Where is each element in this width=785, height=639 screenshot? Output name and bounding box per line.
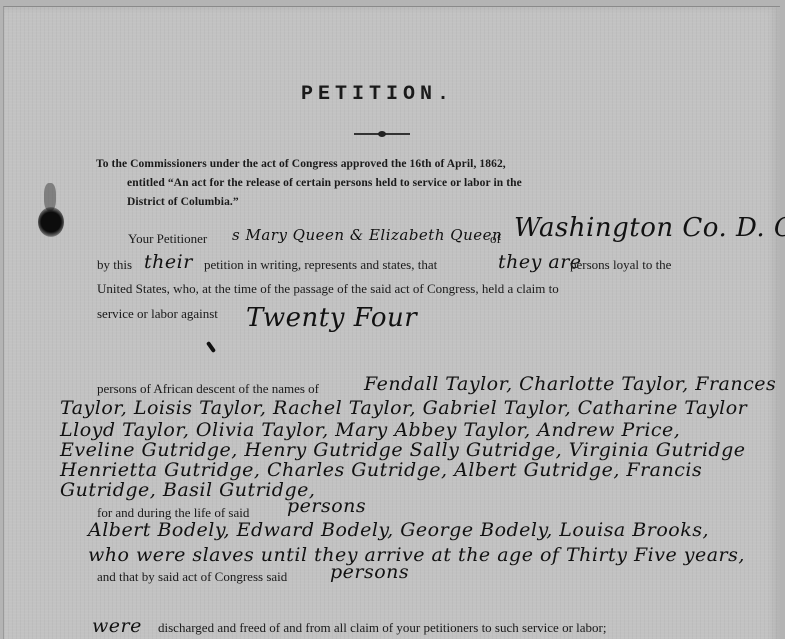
names-line-5: Henrietta Gutridge, Charles Gutridge, Al… — [60, 459, 702, 481]
title-ornament — [354, 133, 410, 135]
persons-handwritten-2: persons — [330, 561, 409, 583]
names-line-6: Gutridge, Basil Gutridge, — [60, 479, 315, 501]
petition-page: PETITION. To the Commissioners under the… — [3, 6, 780, 639]
service-against-text: service or labor against — [97, 306, 218, 322]
names-line-3: Lloyd Taylor, Olivia Taylor, Mary Abbey … — [60, 419, 680, 441]
term-note-line: who were slaves until they arrive at the… — [88, 544, 745, 566]
loyal-text: persons loyal to the — [570, 257, 671, 273]
address-line-3: District of Columbia.” — [127, 196, 239, 208]
united-states-text: United States, who, at the time of the p… — [97, 281, 559, 297]
they-are-handwritten: they are — [498, 251, 582, 273]
by-act-text: and that by said act of Congress said — [97, 569, 287, 585]
names-line-4: Eveline Gutridge, Henry Gutridge Sally G… — [60, 439, 745, 461]
african-descent-text: persons of African descent of the names … — [97, 381, 319, 397]
petition-text: petition in writing, represents and stat… — [204, 257, 437, 273]
ink-speck — [206, 341, 216, 353]
petitioner-label: Your Petitioner — [128, 231, 207, 247]
were-handwritten: were — [92, 615, 142, 637]
person-count: Twenty Four — [246, 303, 417, 333]
of-label: of — [490, 231, 501, 247]
document-title: PETITION. — [301, 83, 454, 106]
discharged-text: discharged and freed of and from all cla… — [158, 620, 606, 636]
by-this-label: by this — [97, 257, 132, 273]
ink-blot — [38, 207, 64, 237]
petitioner-names: s Mary Queen & Elizabeth Queen — [232, 226, 502, 244]
names-line-1: Fendall Taylor, Charlotte Taylor, France… — [364, 373, 776, 395]
extra-names-line: Albert Bodely, Edward Bodely, George Bod… — [88, 519, 709, 541]
names-line-2: Taylor, Loisis Taylor, Rachel Taylor, Ga… — [60, 397, 747, 419]
address-line-2: entitled “An act for the release of cert… — [127, 177, 522, 189]
their-handwritten: their — [144, 251, 193, 273]
address-line-1: To the Commissioners under the act of Co… — [96, 158, 506, 170]
persons-handwritten-1: persons — [287, 495, 366, 517]
petitioner-location: Washington Co. D. C. — [514, 213, 785, 243]
